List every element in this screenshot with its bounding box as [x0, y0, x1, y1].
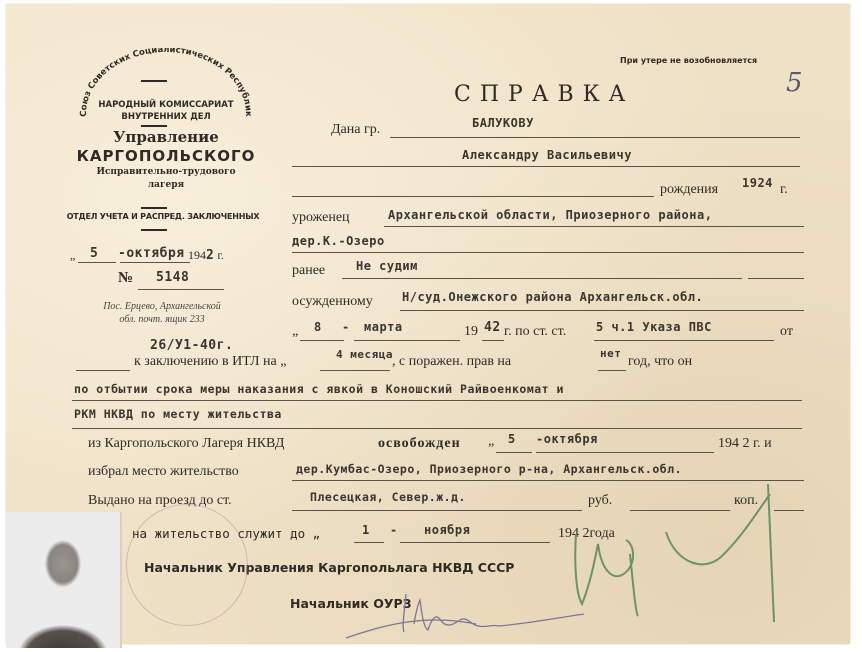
release-note-line1: по отбытии срока меры наказания с явкой …	[74, 382, 564, 396]
underline	[292, 252, 804, 253]
quote-mark: „	[488, 434, 494, 450]
department-label: ОТДЕЛ УЧЕТА И РАСПРЕД. ЗАКЛЮЧЕННЫХ	[58, 212, 268, 221]
residence-label: избрал место жительство	[88, 464, 239, 480]
underline	[748, 278, 804, 279]
underline	[300, 340, 344, 341]
underline	[482, 340, 504, 341]
conviction-year-suffix: 42	[484, 320, 501, 335]
sentence-label: к заключению в ИТЛ на „	[134, 354, 286, 370]
divider	[141, 207, 167, 209]
sentence-term: 4 месяца	[336, 348, 393, 361]
released-year: 194 2 г. и	[718, 436, 772, 452]
handwritten-page-number: 5	[786, 68, 803, 98]
released-word: освобожден	[378, 436, 461, 452]
divider	[141, 80, 167, 82]
article-from: от	[780, 324, 793, 340]
article-value: 5 ч.1 Указа ПВС	[596, 320, 712, 334]
prior-convictions: Не судим	[356, 259, 418, 273]
valid-day: 1	[362, 523, 370, 537]
certificate-document: Союз Советских Социалистических Республи…	[6, 4, 850, 644]
underline	[78, 262, 116, 263]
underline	[354, 542, 384, 543]
underline	[496, 452, 532, 453]
native-label: уроженец	[292, 210, 350, 226]
camp-address: Пос. Ерцево, Архангельской обл. почт. ящ…	[62, 300, 262, 326]
underline	[390, 137, 800, 138]
underline	[72, 428, 802, 429]
underline	[292, 510, 582, 511]
underline	[536, 452, 714, 453]
underline	[120, 262, 190, 263]
reference-code: 26/У1-40г.	[150, 338, 233, 353]
divider	[141, 125, 167, 127]
given-names: Александру Васильевичу	[462, 148, 632, 162]
underline	[354, 340, 460, 341]
native-place-line2: дер.К.-Озеро	[292, 234, 385, 248]
conviction-month: марта	[364, 320, 403, 334]
issue-date-open-quote: „	[70, 248, 75, 263]
prior-label: ранее	[292, 263, 325, 279]
dash: -	[342, 320, 350, 334]
camp-type: Исправительно-трудового лагеря	[66, 166, 266, 192]
underline	[400, 542, 550, 543]
rights-deprivation: нет	[600, 347, 621, 360]
underline	[72, 400, 802, 401]
underline	[292, 166, 800, 167]
issued-to-label: Дана гр.	[331, 122, 380, 138]
underline	[292, 196, 654, 197]
convicting-court: Н/суд.Онежского района Архангельск.обл.	[402, 290, 703, 304]
oures-signature	[326, 584, 586, 644]
released-day: 5	[508, 432, 516, 446]
seal-stamp	[126, 504, 248, 626]
divider	[141, 229, 167, 231]
quote-mark: „	[292, 324, 298, 340]
commissariat-heading: НАРОДНЫЙ КОМИССАРИАТ ВНУТРЕННИХ ДЕЛ	[66, 99, 266, 123]
issue-year: 1942 г.	[188, 248, 224, 263]
release-note-line2: РКМ НКВД по месту жительства	[74, 407, 282, 421]
native-place-line1: Архангельской области, Приозерного район…	[388, 208, 712, 222]
conviction-day: 8	[314, 320, 322, 334]
dash: -	[390, 523, 398, 537]
underline	[320, 370, 390, 371]
birth-suffix: г.	[780, 182, 788, 198]
birth-year: 1924	[742, 176, 773, 190]
rights-label: , с поражен. прав на	[392, 354, 511, 370]
article-label: г. по ст. ст.	[504, 324, 566, 340]
camp-name: КАРГОПОЛЬСКОГО	[66, 147, 266, 165]
travel-label: Выдано на проезд до ст.	[88, 493, 232, 509]
underline	[384, 226, 804, 227]
issue-month: -октября	[118, 246, 185, 261]
head-signature	[556, 474, 806, 624]
no-reissue-notice: При утере не возобновляется	[620, 56, 757, 65]
underline	[76, 370, 130, 371]
number-sign: №	[118, 270, 133, 287]
surname: БАЛУКОВУ	[472, 116, 534, 130]
released-month: -октября	[536, 432, 598, 446]
underline	[138, 289, 224, 290]
released-from-label: из Каргопольского Лагеря НКВД	[88, 436, 284, 452]
birth-label: рождения	[660, 182, 718, 198]
underline	[342, 278, 742, 279]
directorate-label: Управление	[66, 128, 266, 146]
rights-suffix: год, что он	[628, 354, 692, 370]
prisoner-photo	[6, 512, 122, 648]
convicted-label: осужденному	[292, 294, 373, 310]
underline	[594, 340, 774, 341]
underline	[598, 370, 626, 371]
issue-day: 5	[90, 246, 98, 261]
document-title: СПРАВКА	[454, 82, 634, 107]
underline	[400, 310, 804, 311]
travel-destination: Плесецкая, Север.ж.д.	[310, 490, 466, 504]
document-number: 5148	[156, 270, 189, 285]
conviction-year-prefix: 19	[464, 324, 478, 340]
valid-month: ноября	[424, 523, 470, 537]
